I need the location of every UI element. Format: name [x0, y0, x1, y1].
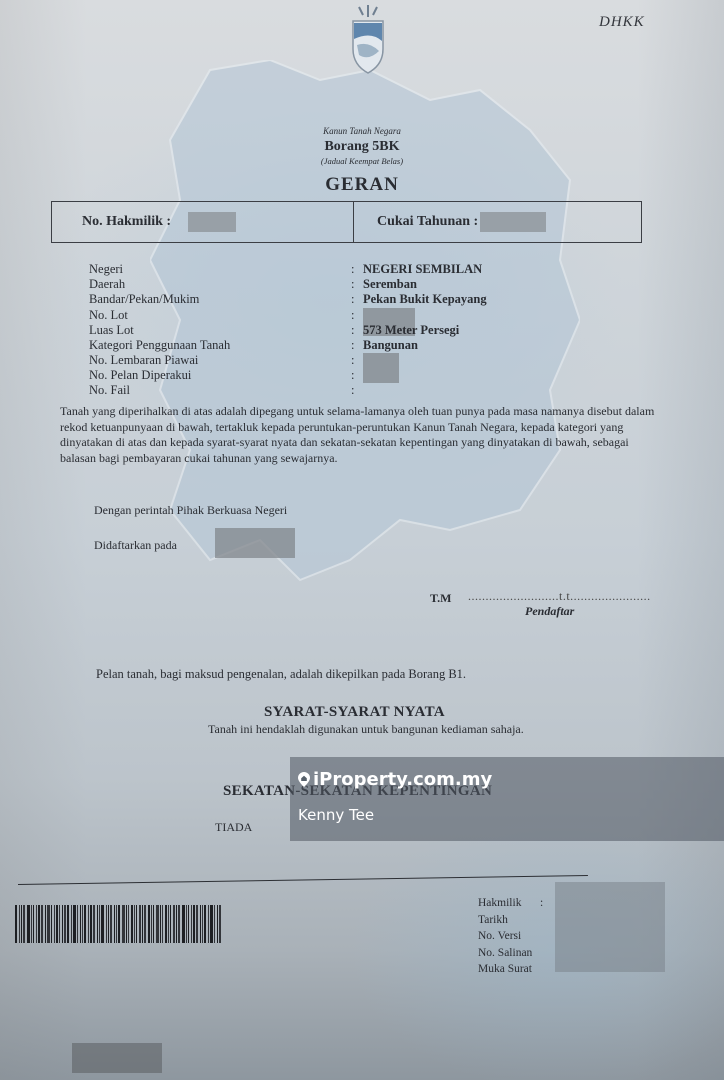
form-name: Borang 5BK	[0, 139, 724, 155]
document-code: DHKK	[599, 14, 645, 31]
title-statement-paragraph: Tanah yang diperihalkan di atas adalah d…	[60, 404, 660, 466]
restrictions-text: TIADA	[215, 820, 252, 835]
detail-row: Kategori Penggunaan Tanah:Bangunan	[89, 338, 487, 353]
meta-row: Tarikh	[478, 912, 543, 929]
tm-label: T.M	[430, 591, 451, 606]
footer-meta: Hakmilik: Tarikh No. Versi No. Salinan M…	[478, 895, 543, 978]
detail-row: Bandar/Pekan/Mukim:Pekan Bukit Kepayang	[89, 292, 487, 307]
registered-on-label: Didaftarkan pada	[94, 538, 177, 553]
annual-tax-redacted	[480, 212, 546, 232]
detail-row: No. Fail:	[89, 383, 487, 398]
sheet-number-redacted	[363, 353, 399, 383]
detail-row: Negeri:NEGERI SEMBILAN	[89, 262, 487, 277]
detail-row: No. Pelan Diperakui:	[89, 368, 487, 383]
barcode-icon	[15, 905, 237, 943]
express-conditions-title: SYARAT-SYARAT NYATA	[264, 704, 445, 721]
title-number-cell: No. Hakmilik :	[52, 202, 354, 242]
annual-tax-cell: Cukai Tahunan :	[354, 202, 641, 242]
annual-tax-label: Cukai Tahunan :	[377, 214, 478, 230]
registrar-label: Pendaftar	[525, 604, 574, 619]
title-header-box: No. Hakmilik : Cukai Tahunan :	[51, 201, 642, 243]
state-crest-icon	[345, 5, 391, 75]
watermark-brand: iProperty.com.my	[298, 769, 492, 790]
meta-row: No. Salinan	[478, 945, 543, 962]
footer-meta-redacted	[555, 882, 665, 972]
document-title: GERAN	[0, 174, 724, 196]
authority-line: Dengan perintah Pihak Berkuasa Negeri	[94, 503, 287, 518]
title-number-redacted	[188, 212, 236, 232]
meta-row: Muka Surat	[478, 961, 543, 978]
detail-row: Daerah:Seremban	[89, 277, 487, 292]
watermark-brand-text: iProperty.com.my	[313, 769, 492, 790]
location-pin-icon	[298, 772, 310, 787]
meta-row: Hakmilik:	[478, 895, 543, 912]
land-details: Negeri:NEGERI SEMBILAN Daerah:Seremban B…	[89, 262, 487, 398]
meta-row: No. Versi	[478, 928, 543, 945]
schedule-name: (Jadual Keempat Belas)	[0, 156, 724, 166]
title-number-label: No. Hakmilik :	[82, 214, 171, 230]
watermark-agent-name: Kenny Tee	[298, 806, 374, 824]
detail-row: Luas Lot:573 Meter Persegi	[89, 323, 487, 338]
express-conditions-text: Tanah ini hendaklah digunakan untuk bang…	[208, 722, 524, 737]
bottom-redacted	[72, 1043, 162, 1073]
plan-note: Pelan tanah, bagi maksud pengenalan, ada…	[96, 667, 466, 682]
act-name: Kanun Tanah Negara	[0, 126, 724, 136]
signature-line: ..........................t.t...........…	[468, 589, 651, 604]
registered-date-redacted	[215, 528, 295, 558]
footer-divider	[18, 875, 588, 885]
